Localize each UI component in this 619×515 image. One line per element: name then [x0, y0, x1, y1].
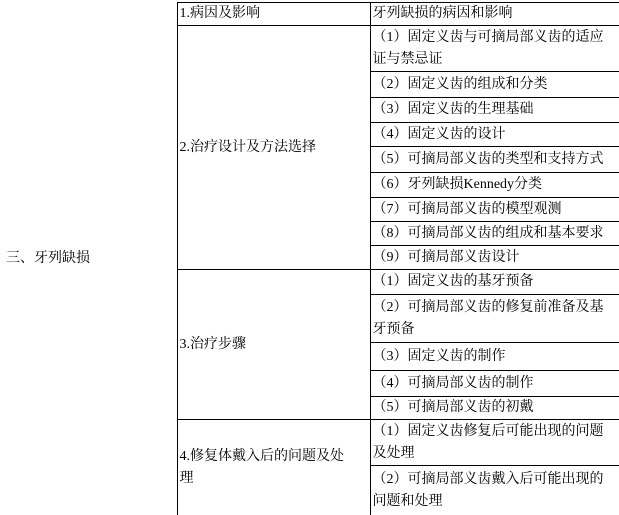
topic-cell: （3）固定义齿的生理基础 — [370, 98, 619, 123]
topic-cell: （9）可摘局部义齿设计 — [370, 246, 619, 270]
document-page: 三、牙列缺损 1.病因及影响 牙列缺损的病因和影响 2.治疗设计及方法选择 （1… — [0, 0, 619, 515]
topic-cell: （8）可摘局部义齿的组成和基本要求 — [370, 222, 619, 246]
topic-cell: （6）牙列缺损Kennedy分类 — [370, 173, 619, 198]
topic-cell: （2）可摘局部义齿戴入后可能出现的问题和处理 — [370, 466, 619, 515]
topic-cell: （1）固定义齿与可摘局部义齿的适应证与禁忌证 — [370, 26, 619, 72]
topic-cell: （2）可摘局部义齿的修复前准备及基牙预备 — [370, 295, 619, 343]
topic-cell: （4）可摘局部义齿的制作 — [370, 371, 619, 397]
topic-cell: （4）固定义齿的设计 — [370, 123, 619, 147]
topic-cell: （7）可摘局部义齿的模型观测 — [370, 198, 619, 222]
topic-cell: （5）可摘局部义齿的初戴 — [370, 397, 619, 420]
topic-cell: （1）固定义齿的基牙预备 — [370, 270, 619, 295]
section-1-title: 1.病因及影响 — [177, 3, 370, 26]
topic-cell: （1）固定义齿修复后可能出现的问题及处理 — [370, 420, 619, 466]
section-2-title: 2.治疗设计及方法选择 — [177, 26, 370, 270]
syllabus-table: 三、牙列缺损 1.病因及影响 牙列缺损的病因和影响 2.治疗设计及方法选择 （1… — [0, 2, 619, 515]
topic-cell: （3）固定义齿的制作 — [370, 343, 619, 371]
section-4-title: 4.修复体戴入后的问题及处理 — [177, 420, 370, 515]
topic-cell: （2）固定义齿的组成和分类 — [370, 72, 619, 98]
topic-cell: 牙列缺损的病因和影响 — [370, 3, 619, 26]
topic-cell: （5）可摘局部义齿的类型和支持方式 — [370, 147, 619, 173]
section-3-title: 3.治疗步骤 — [177, 270, 370, 420]
chapter-label: 三、牙列缺损 — [0, 3, 177, 515]
table-row: 三、牙列缺损 1.病因及影响 牙列缺损的病因和影响 — [0, 3, 619, 26]
